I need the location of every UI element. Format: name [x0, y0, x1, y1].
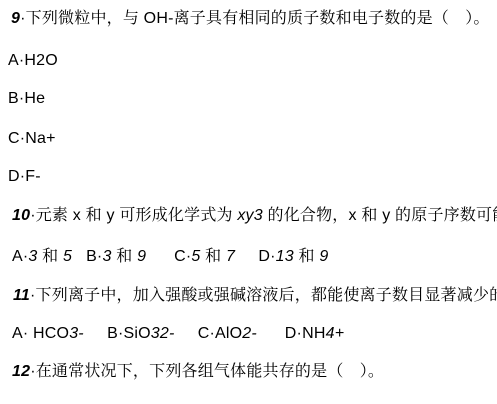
question-number: 11: [13, 287, 30, 304]
text-run: D·F-: [8, 168, 41, 185]
text-run: 3: [102, 248, 111, 265]
text-run: ·下列离子中，加入强酸或强碱溶液后，都能使离子数目显著减少的是（ ）: [30, 287, 497, 304]
question-11-options: A· HCO3- B·SiO32- C·AlO2- D·NH4+: [12, 324, 344, 344]
text-run: 的化合物，x 和 y 的原子序数可能是（ ）。: [263, 207, 497, 224]
question-9-option-b: B·He: [8, 89, 45, 109]
question-9-option-d: D·F-: [8, 167, 41, 187]
text-run: 2-: [242, 325, 257, 342]
text-run: A· HCO: [12, 325, 69, 342]
text-run: ·在通常状况下，下列各组气体能共存的是（ ）。: [30, 363, 384, 380]
question-9-text: 9·下列微粒中，与 OH-离子具有相同的质子数和电子数的是（ ）。: [11, 9, 490, 29]
text-run: 9: [319, 248, 328, 265]
question-10-options: A·3 和 5 B·3 和 9 C·5 和 7 D·13 和 9: [12, 247, 328, 267]
text-run: 和: [294, 248, 320, 265]
text-run: 和: [112, 248, 138, 265]
text-run: 5: [63, 248, 72, 265]
text-run: 和: [200, 248, 226, 265]
text-run: [235, 248, 258, 265]
exam-document-page: 9·下列微粒中，与 OH-离子具有相同的质子数和电子数的是（ ）。 A·H2O …: [0, 0, 497, 404]
text-run: B·He: [8, 90, 45, 107]
text-run: 3-: [69, 325, 84, 342]
text-run: A·: [12, 248, 28, 265]
text-run: 3: [28, 248, 37, 265]
question-11-text: 11·下列离子中，加入强酸或强碱溶液后，都能使离子数目显著减少的是（ ）: [13, 286, 497, 306]
text-run: ·元素 x 和 y 可形成化学式为: [30, 207, 237, 224]
text-run: [174, 325, 197, 342]
text-run: [257, 325, 285, 342]
text-run: D·NH: [285, 325, 326, 342]
text-run: [72, 248, 86, 265]
question-number: 12: [12, 363, 30, 380]
text-run: 32-: [151, 325, 175, 342]
text-run: xy3: [237, 207, 263, 224]
text-run: C·: [174, 248, 191, 265]
text-run: D·: [258, 248, 275, 265]
question-12-text: 12·在通常状况下，下列各组气体能共存的是（ ）。: [12, 362, 384, 382]
text-run: C·AlO: [198, 325, 243, 342]
text-run: [146, 248, 174, 265]
text-run: 13: [276, 248, 294, 265]
text-run: 7: [226, 248, 235, 265]
text-run: ·下列微粒中，与 OH-离子具有相同的质子数和电子数的是（ ）。: [20, 10, 490, 27]
question-9-option-a: A·H2O: [8, 51, 58, 71]
text-run: [84, 325, 107, 342]
text-run: A·H2O: [8, 52, 58, 69]
text-run: B·SiO: [107, 325, 151, 342]
text-run: 4+: [326, 325, 345, 342]
text-run: C·Na+: [8, 130, 56, 147]
question-10-text: 10·元素 x 和 y 可形成化学式为 xy3 的化合物，x 和 y 的原子序数…: [12, 206, 497, 226]
question-9-option-c: C·Na+: [8, 129, 56, 149]
question-number: 10: [12, 207, 30, 224]
text-run: B·: [86, 248, 102, 265]
text-run: 和: [38, 248, 64, 265]
text-run: 9: [137, 248, 146, 265]
question-number: 9: [11, 10, 20, 27]
